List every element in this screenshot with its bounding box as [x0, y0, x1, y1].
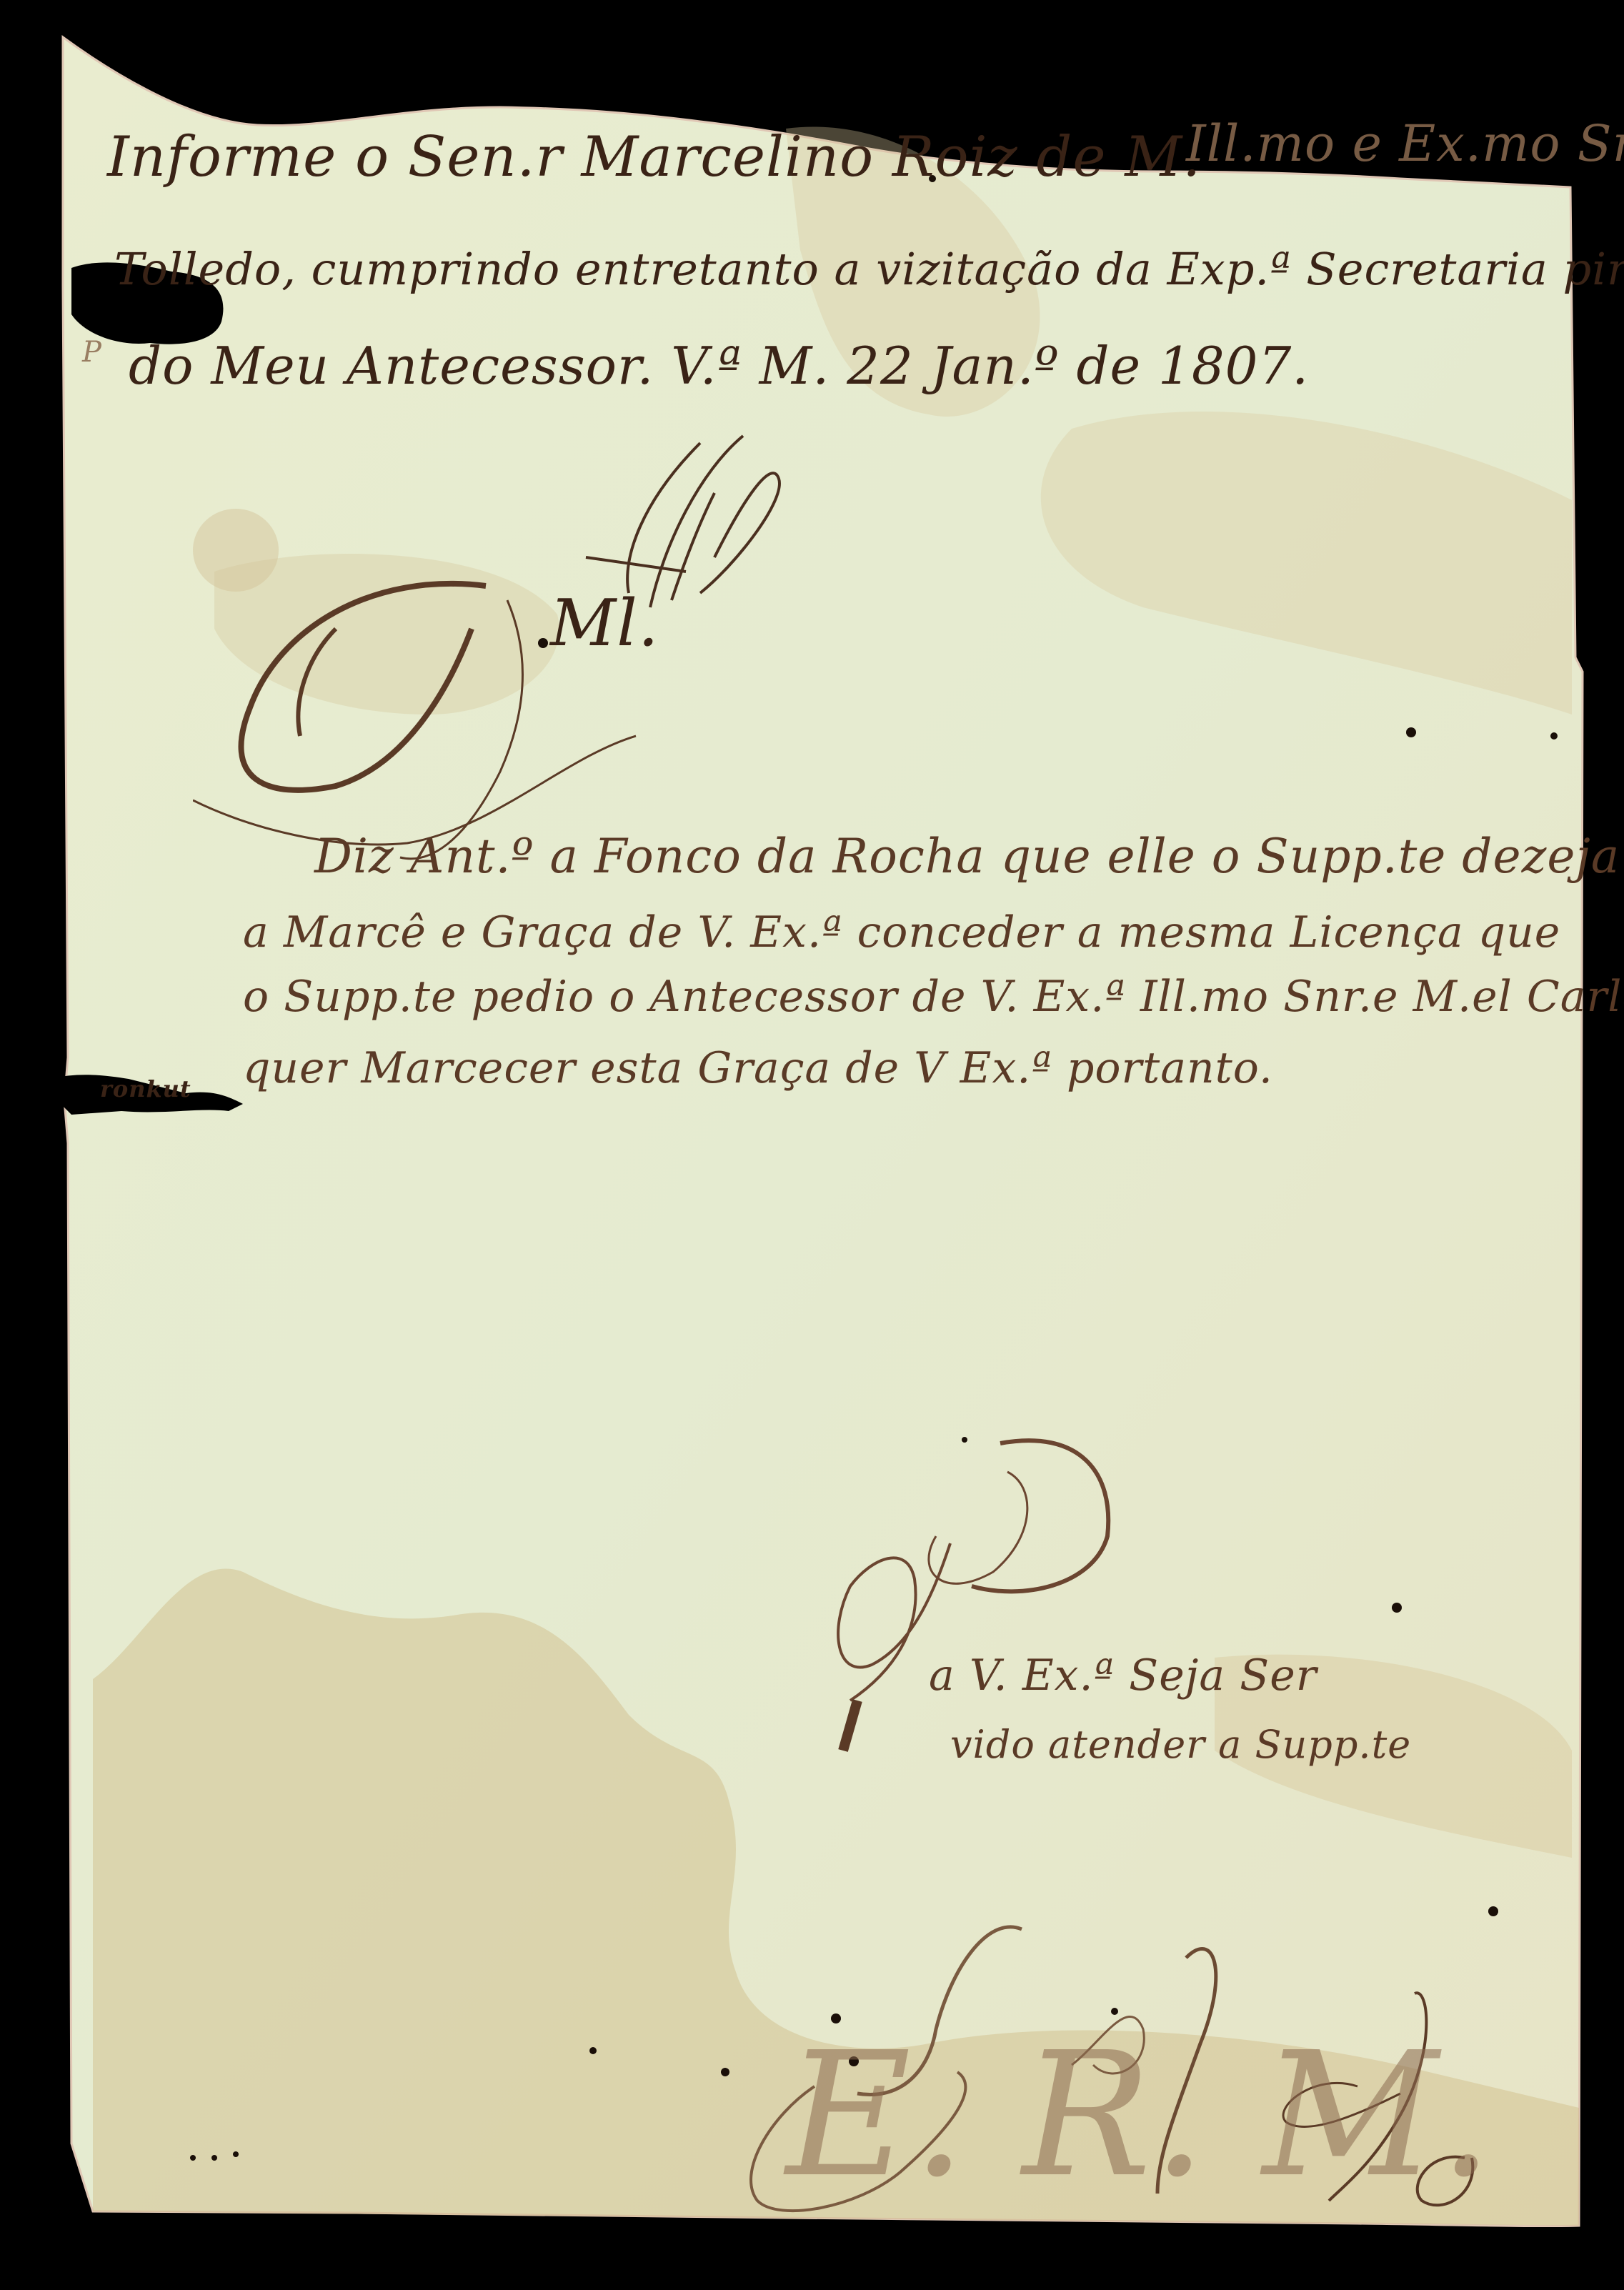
rubric-top: Ml. [550, 586, 659, 661]
manuscript-page: Informe o Sen.r Marcelino Roiz de M. Ill… [0, 0, 1624, 2290]
margin-mark: P [82, 336, 102, 369]
body-line1: Diz Ant.º a Fonco da Rocha que elle o Su… [314, 829, 1620, 884]
closing-line2: vido atender a Supp.te [950, 1722, 1411, 1767]
closing-line1: a V. Ex.ª Seja Ser [929, 1651, 1317, 1701]
margin-text: ronkut [100, 1075, 191, 1102]
dispatch-note-line1: Informe o Sen.r Marcelino Roiz de M. [107, 125, 1201, 189]
dispatch-note-line3: do Meu Antecessor. V.ª M. 22 Jan.º de 18… [129, 336, 1309, 396]
signoff-initials: E. R. M. [786, 2015, 1494, 2215]
body-line4: quer Marcecer esta Graça de V Ex.ª porta… [243, 1043, 1273, 1093]
dispatch-note-honorific: Ill.mo e Ex.mo Snr. [1186, 114, 1624, 173]
body-line3: o Supp.te pedio o Antecessor de V. Ex.ª … [243, 972, 1624, 1022]
dispatch-note-line2: Tolledo, cumprindo entretanto a vizitaçã… [114, 243, 1624, 295]
body-line2: a Marcê e Graça de V. Ex.ª conceder a me… [243, 907, 1560, 957]
